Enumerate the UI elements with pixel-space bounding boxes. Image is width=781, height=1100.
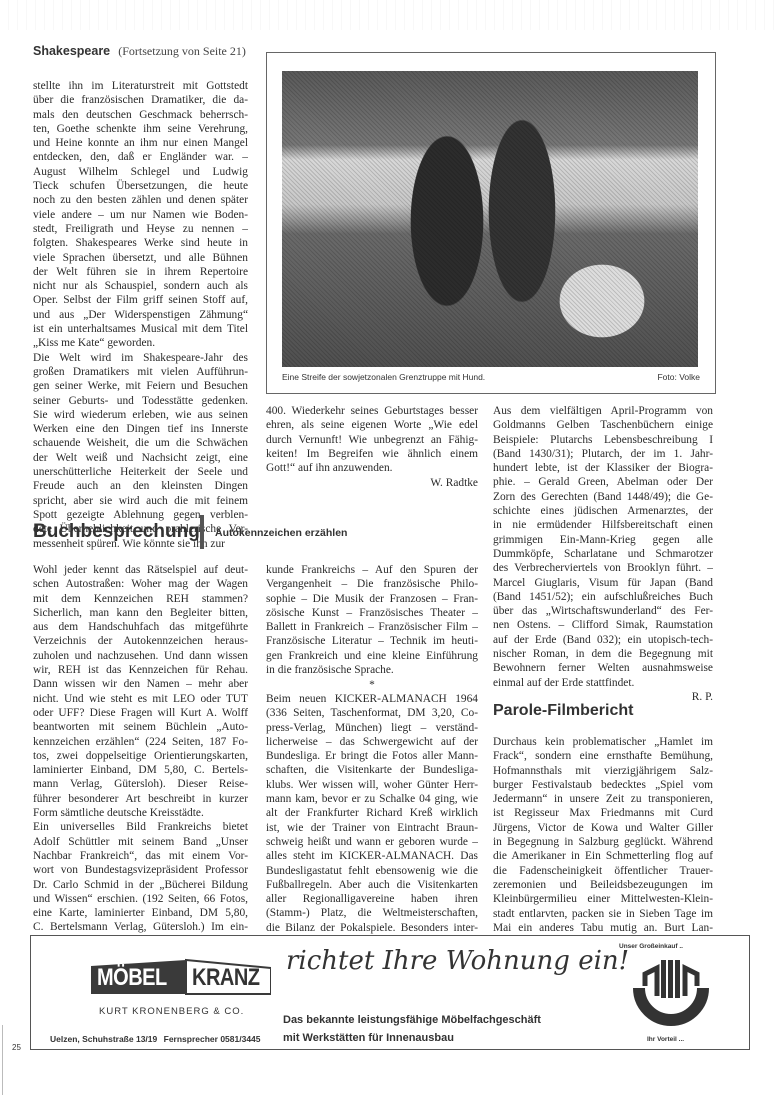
text-line: Hofmannsthals mit vierzigjährigem Salz- bbox=[493, 764, 713, 778]
text-line: grimmigen Ein-Mann-Krieg gegen alle bbox=[493, 533, 713, 547]
text-line: schauende Weisheit, die um die Schwächen bbox=[33, 436, 248, 450]
text-line: Dummköpfe, Scharlatane und Schmarotzer bbox=[493, 547, 713, 561]
text-line: kunde Frankreichs – Auf den Spuren der bbox=[266, 563, 478, 577]
text-line: sophie – Die Musik der Franzosen – Fran- bbox=[266, 592, 478, 606]
shakespeare-author: W. Radtke bbox=[266, 476, 478, 490]
ad-tagline-1: Das bekannte leistungsfähige Möbelfachge… bbox=[283, 1014, 541, 1026]
text-line: Durchaus kein problematischer „Hamlet im bbox=[493, 735, 713, 749]
photo-frame: Eine Streife der sowjetzonalen Grenztrup… bbox=[266, 52, 716, 394]
text-line: Marcel Giuglaris, Visum für Japan (Band bbox=[493, 576, 713, 590]
text-line: ist, wie der Trainer von Eintracht Braun… bbox=[266, 821, 478, 835]
text-line: großen Dramatikers mit vielen Aufführun- bbox=[33, 365, 248, 379]
address: Uelzen, Schuhstraße 13/19 bbox=[50, 1034, 157, 1044]
photo-caption: Eine Streife der sowjetzonalen Grenztrup… bbox=[282, 372, 485, 382]
dmg-emblem-icon bbox=[631, 956, 711, 1034]
phone-number: Fernsprecher 0581/3445 bbox=[164, 1034, 261, 1044]
text-line: und aus „Der Widerspenstigen Zähmung“ bbox=[33, 308, 248, 322]
text-line: phie. – Gerald Green, Abelman oder Der bbox=[493, 475, 713, 489]
text-line: Französische Literatur – Technik im heut… bbox=[266, 634, 478, 648]
text-line: 400. Wiederkehr seines Geburtstages bess… bbox=[266, 404, 478, 418]
text-line: alt der Frankfurter Richard Kreß wirklic… bbox=[266, 806, 478, 820]
text-line: über die französischen Dramatiker, die d… bbox=[33, 93, 248, 107]
text-line: „Kiss me Kate“ geworden. bbox=[33, 336, 248, 350]
text-line: in Begegnung in Salzburg geglückt. Währe… bbox=[493, 835, 713, 849]
text-line: führer besonderer Art beschreibt in kurz… bbox=[33, 792, 248, 806]
text-line: Die Welt wird im Shakespeare-Jahr des bbox=[33, 351, 248, 365]
section-title: Buchbesprechung bbox=[33, 521, 200, 543]
text-line: ist Regisseur Max Friedmanns mit Curd bbox=[493, 806, 713, 820]
text-line: einmal auf der Erde stattfindet. bbox=[493, 676, 713, 690]
text-line: in die französische Sprache. bbox=[266, 663, 478, 677]
text-line: spricht, aber sie wird auch die mit fein… bbox=[33, 494, 248, 508]
section-separator: * bbox=[266, 678, 478, 692]
border-patrol-photo bbox=[282, 71, 698, 367]
text-line: nicht. Und wie steht es mit LEO oder TUT bbox=[33, 692, 248, 706]
shakespeare-column-2: 400. Wiederkehr seines Geburtstages bess… bbox=[266, 404, 478, 475]
moebel-kranz-logo: MÖBEL KRANZ bbox=[91, 958, 271, 996]
text-line: ist ein unterhaltsames Musical mit dem T… bbox=[33, 322, 248, 336]
text-line: press-Verlag, München) liegt – verständ- bbox=[266, 721, 478, 735]
text-line: mann Verlag, Gütersloh). Dieser Reise- bbox=[33, 777, 248, 791]
badge-bottom-text: Ihr Vorteil ... bbox=[647, 1036, 684, 1043]
text-line: und Wissen“ erschien. (192 Seiten, 66 Fo… bbox=[33, 892, 248, 906]
continuation-note: (Fortsetzung von Seite 21) bbox=[118, 44, 246, 58]
furniture-advertisement: MÖBEL KRANZ KURT KRONENBERG & CO. Uelzen… bbox=[30, 935, 750, 1050]
text-line: stedt, Freiligrath und Heyse zu nennen – bbox=[33, 222, 248, 236]
buchbesprechung-column-2: kunde Frankreichs – Auf den Spuren derVe… bbox=[266, 563, 478, 677]
text-line: zösische Kunst – Französisches Theater – bbox=[266, 606, 478, 620]
text-line: Dann wissen wir den Namen – mehr aber bbox=[33, 677, 248, 691]
text-line: Mai ein anderes Tabu mutig an. Burt Lan- bbox=[493, 921, 713, 935]
text-line: Vergangenheit – Die französische Philo- bbox=[266, 577, 478, 591]
text-line: Dr. Carlo Schmid in der „Bücherei Bildun… bbox=[33, 878, 248, 892]
text-line: ehren, als seine eigenen Worte „Wie edel bbox=[266, 418, 478, 432]
text-line: (Stamm-) Platz, die Weltmeisterschaften, bbox=[266, 906, 478, 920]
text-line: (Band 1451/52); ein aufschlußreiches Buc… bbox=[493, 590, 713, 604]
text-line: Ein universelles Bild Frankreichs bietet bbox=[33, 820, 248, 834]
text-line: Bundesligastatut fehlt ebensowenig wie d… bbox=[266, 864, 478, 878]
heading-divider bbox=[200, 515, 204, 549]
text-line: und Heine konnte an ihm nur einen Mangel bbox=[33, 136, 248, 150]
text-line: Bundesliga. Er bringt die Fotos aller Ma… bbox=[266, 749, 478, 763]
text-line: Adolf Schüttler mit seinem Band „Unser bbox=[33, 835, 248, 849]
text-line: (Band 1430/31); Plutarch, der im 1. Jahr… bbox=[493, 447, 713, 461]
text-line: beantworten mit seinem Büchlein „Auto- bbox=[33, 720, 248, 734]
text-line: Oper. Selbst der Film griff seinen Stoff… bbox=[33, 293, 248, 307]
text-line: laminierter Einband, DM 5,80, C. Bertels… bbox=[33, 763, 248, 777]
text-line: Werken eine den Dingen tief ins Innerste bbox=[33, 422, 248, 436]
text-line: viele andere – um nur Namen wie Boden- bbox=[33, 208, 248, 222]
text-line: Jürgens, Victor de Kowa und Walter Gille… bbox=[493, 821, 713, 835]
photo-credit: Foto: Volke bbox=[657, 372, 700, 382]
text-line: über das „Wirtschaftswunderland“ des Fer… bbox=[493, 604, 713, 618]
text-line: August Wilhelm Schlegel und Ludwig bbox=[33, 165, 248, 179]
kicker-almanach-text: Beim neuen KICKER-ALMANACH 1964(336 Seit… bbox=[266, 692, 478, 964]
text-line: der Welt führen sie in ihrem Repertoire bbox=[33, 265, 248, 279]
page-edge bbox=[2, 1025, 3, 1095]
text-line: eine Karte, laminierter Einband, DM 5,80… bbox=[33, 906, 248, 920]
text-line: oder UFF? Diese Fragen will Kurt A. Wolf… bbox=[33, 706, 248, 720]
text-line: stellte ihn im Literaturstreit mit Gotts… bbox=[33, 79, 248, 93]
text-line: Freude auch an den kleinsten Dingen bbox=[33, 479, 248, 493]
text-line: mann kam, bevor er zu Schalke 04 ging, w… bbox=[266, 792, 478, 806]
text-line: stadt entlarvten, packen sie in Sieben T… bbox=[493, 907, 713, 921]
text-line: in nie ermüdender Hilfsbereitschaft eine… bbox=[493, 518, 713, 532]
company-address: Uelzen, Schuhstraße 13/19 Fernsprecher 0… bbox=[50, 1034, 261, 1044]
goldmann-column: Aus dem vielfältigen April-Programm vonG… bbox=[493, 404, 713, 690]
text-line: schen Autostraßen: Woher mag der Wagen bbox=[33, 577, 248, 591]
text-line: C. Bertelsmann Verlag, Gütersloh.) Im ei… bbox=[33, 920, 248, 934]
text-line: viele Sprachen übersetzt, und alle Bühne… bbox=[33, 251, 248, 265]
text-line: gen seiner Werke, mit Feiern und Besuche… bbox=[33, 379, 248, 393]
text-line: noch zu den besten zählen und denen spät… bbox=[33, 193, 248, 207]
text-line: klubs. Wer wissen will, woher Günter Her… bbox=[266, 778, 478, 792]
text-line: Beim neuen KICKER-ALMANACH 1964 bbox=[266, 692, 478, 706]
text-line: Sicherlich, man kann den Begleiter bitte… bbox=[33, 606, 248, 620]
text-line: Tieck schufen Übersetzungen, die heute bbox=[33, 179, 248, 193]
text-line: Verzeichnis der Autokennzeichen heraus- bbox=[33, 634, 248, 648]
text-line: kennzeichen erzählen“ (224 Seiten, 187 F… bbox=[33, 735, 248, 749]
text-line: Ballett in Frankreich – Französischer Fi… bbox=[266, 620, 478, 634]
text-line: schaften, die Visitenkarte der Bundeslig… bbox=[266, 763, 478, 777]
text-line: unerschütterliche Heiterkeit der Seele u… bbox=[33, 465, 248, 479]
shakespeare-heading: Shakespeare (Fortsetzung von Seite 21) bbox=[33, 40, 246, 59]
text-line: nen Ostens. – Clifford Simak, Raumstatio… bbox=[493, 618, 713, 632]
logo-text-moebel: MÖBEL bbox=[97, 965, 167, 993]
text-line: zuholen und nachzusehen. Und dann wissen bbox=[33, 649, 248, 663]
text-line: seiner Geburts- und Todesstätte gedenken… bbox=[33, 394, 248, 408]
article-title: Shakespeare bbox=[33, 44, 110, 58]
page-number: 25 bbox=[12, 1043, 21, 1052]
text-line: Bewohnern ferner Welten ausnahmsweise bbox=[493, 661, 713, 675]
text-line: gen Frankreich und eine kleine Einführun… bbox=[266, 649, 478, 663]
text-line: nicht nur als Schauspiel, sondern auch a… bbox=[33, 279, 248, 293]
text-line: hundert lebte, ist der Klassiker der Bio… bbox=[493, 461, 713, 475]
ad-tagline-2: mit Werkstätten für Innenausbau bbox=[283, 1032, 454, 1044]
scan-artifact bbox=[0, 0, 781, 30]
text-line: auf der Erde (Band 032); ein utopisch-te… bbox=[493, 633, 713, 647]
text-line: Gott!“ auf ihn anzuwenden. bbox=[266, 461, 478, 475]
text-line: Beispiele: Plutarchs Lebensbeschreibung … bbox=[493, 433, 713, 447]
section-title: Parole-Filmbericht bbox=[493, 702, 633, 720]
text-line: die Fadenscheinigkeit öffentlicher Traue… bbox=[493, 864, 713, 878]
text-line: zeremonien und Beileidsbezeugungen im bbox=[493, 878, 713, 892]
text-line: schichte eines jüdischen Armenarztes, de… bbox=[493, 504, 713, 518]
text-line: die Amerikaner in Ein Schmetterling flog… bbox=[493, 849, 713, 863]
section-subtitle: Autokennzeichen erzählen bbox=[215, 527, 347, 539]
text-line: wir, REH ist das Kennzeichen für Rehau. bbox=[33, 663, 248, 677]
text-line: schweig heißt und wann er geboren wurde … bbox=[266, 835, 478, 849]
text-line: folgten. Shakespeares Werke sind heute i… bbox=[33, 236, 248, 250]
text-line: mit dem Kennzeichen REH stammen? bbox=[33, 592, 248, 606]
text-line: Goldmanns Gelben Taschenbüchern einige bbox=[493, 418, 713, 432]
text-line: Zorn des Gerechten (Band 1448/49); die G… bbox=[493, 490, 713, 504]
shakespeare-column-1: stellte ihn im Literaturstreit mit Gotts… bbox=[33, 79, 248, 551]
text-line: alles steht im KICKER-ALMANACH. Das bbox=[266, 849, 478, 863]
text-line: Kleinbürgermilieu einer Mittelwesten-Kle… bbox=[493, 892, 713, 906]
text-line: aus dem Handschuhfach das mitgeführte bbox=[33, 620, 248, 634]
text-line: Form sämtliche deutsche Kreisstädte. bbox=[33, 806, 248, 820]
text-line: der Welt weiß und Nachsicht zeigt, eine bbox=[33, 451, 248, 465]
text-line: Jedermann“ in unsere Zeit zu transponier… bbox=[493, 792, 713, 806]
text-line: Nachbar Frankreich“, das mit einem Vor- bbox=[33, 849, 248, 863]
buchbesprechung-heading: Buchbesprechung bbox=[33, 521, 200, 543]
text-line: Wohl jeder kennt das Rätselspiel auf deu… bbox=[33, 563, 248, 577]
text-line: Frack“, sondern eine ernsthafte Bemühung… bbox=[493, 749, 713, 763]
ad-slogan: richtet Ihre Wohnung ein! bbox=[286, 946, 629, 976]
text-line: durch Vernunft! Wie unbegrenzt an Fähig- bbox=[266, 433, 478, 447]
filmbericht-column: Durchaus kein problematischer „Hamlet im… bbox=[493, 735, 713, 949]
dmg-badge bbox=[631, 956, 711, 1034]
text-line: burger Festivalstaub bedecktes „Spiel vo… bbox=[493, 778, 713, 792]
text-line: mals den deutschen Geschmack beherrsch- bbox=[33, 108, 248, 122]
text-line: wort von Bundestagsvizepräsident Profess… bbox=[33, 863, 248, 877]
company-name: KURT KRONENBERG & CO. bbox=[99, 1006, 244, 1017]
badge-top-text: Unser Großeinkauf .. bbox=[619, 943, 683, 950]
text-line: keiten! Im Begreifen wie ähnlich einem bbox=[266, 447, 478, 461]
text-line: nischer Roman, in dem die Begegnung mit bbox=[493, 647, 713, 661]
filmbericht-heading: Parole-Filmbericht bbox=[493, 702, 633, 720]
text-line: ten, Goethe schenkte ihm seine Verehrung… bbox=[33, 122, 248, 136]
text-line: Aus dem vielfältigen April-Programm von bbox=[493, 404, 713, 418]
text-line: Sie wird wiederum erleben, wie aus seine… bbox=[33, 408, 248, 422]
buchbesprechung-column-1: Wohl jeder kennt das Rätselspiel auf deu… bbox=[33, 563, 248, 963]
text-line: licherweise – das Schwergewicht auf der bbox=[266, 735, 478, 749]
text-line: entdecken, den, daß er Engländer war. – bbox=[33, 150, 248, 164]
text-line: aller Regionalligavereine haben ihren bbox=[266, 892, 478, 906]
logo-text-kranz: KRANZ bbox=[192, 965, 260, 993]
text-line: des Verbrecherviertels von Brooklyn führ… bbox=[493, 561, 713, 575]
text-line: tos, zwei doppelseitige Orientierungskar… bbox=[33, 749, 248, 763]
text-line: Fußballregeln. Aber auch die Visitenkart… bbox=[266, 878, 478, 892]
text-line: die Bilanz der Pokalspiele. Besonders in… bbox=[266, 921, 478, 935]
text-line: (336 Seiten, Taschenformat, DM 3,20, Co- bbox=[266, 706, 478, 720]
